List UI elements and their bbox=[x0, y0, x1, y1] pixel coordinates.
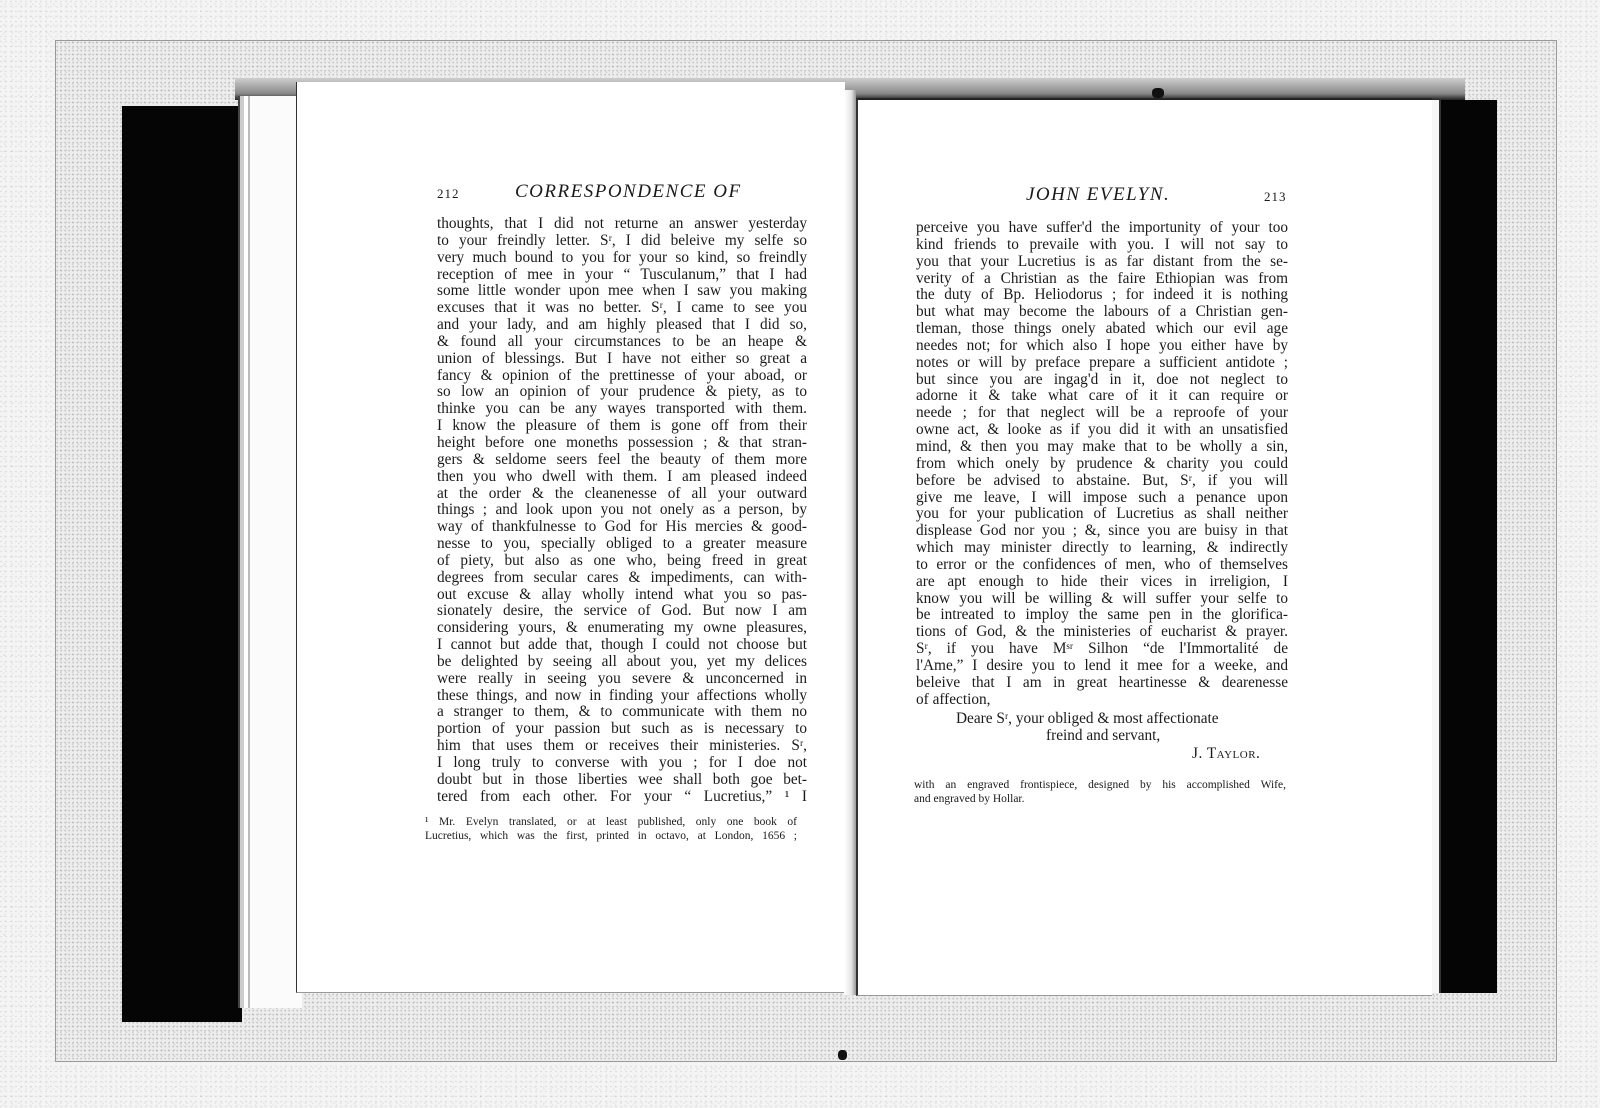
closing-line: freind and servant, bbox=[1046, 727, 1160, 745]
ink-smudge bbox=[1152, 88, 1164, 98]
text-line: doubt but in those liberties wee shall b… bbox=[437, 772, 807, 789]
closing-salutation: Deare Sʳ, your obliged & most affectiona… bbox=[956, 710, 1219, 728]
footnote: with an engraved frontispiece, designed … bbox=[914, 778, 1286, 806]
text-line: nesse to you, specially obliged to a gre… bbox=[437, 536, 807, 553]
text-line: tered from each other. For your “ Lucret… bbox=[437, 789, 807, 806]
text-line: perceive you have suffer'd the importuni… bbox=[916, 220, 1288, 237]
text-line: then you who dwell with them. I am pleas… bbox=[437, 469, 807, 486]
page-number: 213 bbox=[1264, 189, 1287, 205]
footnote-line: with an engraved frontispiece, designed … bbox=[914, 778, 1286, 792]
text-line: displease God nor you ; &, since you are… bbox=[916, 523, 1288, 540]
text-line: and your lady, and am highly pleased tha… bbox=[437, 317, 807, 334]
text-line: degrees from secular cares & impediments… bbox=[437, 570, 807, 587]
text-line: I know the pleasure of them is gone off … bbox=[437, 418, 807, 435]
text-line: way of thankfulnesse to God for His merc… bbox=[437, 519, 807, 536]
text-line: reception of mee in your “ Tusculanum,” … bbox=[437, 267, 807, 284]
text-line: him that uses them or receives their min… bbox=[437, 738, 807, 755]
text-line: excuses that it was no better. Sʳ, I cam… bbox=[437, 300, 807, 317]
text-line: needes not; for which also I hope you ei… bbox=[916, 338, 1288, 355]
text-line: l'Ame,” I desire you to lend it mee for … bbox=[916, 658, 1288, 675]
text-line: I cannot but adde that, though I could n… bbox=[437, 637, 807, 654]
text-line: tleman, those things onely abated which … bbox=[916, 321, 1288, 338]
running-head: CORRESPONDENCE OF bbox=[515, 181, 742, 203]
page-number: 212 bbox=[437, 186, 460, 202]
text-line: sionately desire, the service of God. Bu… bbox=[437, 603, 807, 620]
text-line: gers & seldome seers feel the beauty of … bbox=[437, 452, 807, 469]
body-text: perceive you have suffer'd the importuni… bbox=[916, 220, 1288, 708]
text-line: mind, & then you may make that to be who… bbox=[916, 439, 1288, 456]
text-line: portion of your passion but such as is n… bbox=[437, 721, 807, 738]
text-line: notes or will by preface prepare a suffi… bbox=[916, 355, 1288, 372]
text-line: fancy & opinion of the prettinesse of yo… bbox=[437, 368, 807, 385]
body-text: thoughts, that I did not returne an answ… bbox=[437, 216, 807, 806]
text-line: Sʳ, if you have Mˢʳ Silhon “de l'Immorta… bbox=[916, 641, 1288, 658]
text-line: things ; and look upon you not onely as … bbox=[437, 502, 807, 519]
book-binding-right bbox=[1437, 100, 1497, 993]
text-line: you that your Lucretius is as far distan… bbox=[916, 254, 1288, 271]
text-line: thoughts, that I did not returne an answ… bbox=[437, 216, 807, 233]
left-page: 212 CORRESPONDENCE OF thoughts, that I d… bbox=[296, 82, 845, 993]
text-line: be delighted by seeing all about you, ye… bbox=[437, 654, 807, 671]
right-page: JOHN EVELYN. 213 perceive you have suffe… bbox=[856, 98, 1432, 996]
running-head: JOHN EVELYN. bbox=[1026, 184, 1170, 206]
text-line: I long truly to converse with you ; for … bbox=[437, 755, 807, 772]
text-line: a stranger to them, & to communicate wit… bbox=[437, 704, 807, 721]
text-line: these things, and now in finding your af… bbox=[437, 688, 807, 705]
text-line: but what may become the labours of a Chr… bbox=[916, 304, 1288, 321]
text-line: so low an opinion of your prudence & pie… bbox=[437, 384, 807, 401]
book-binding-left bbox=[122, 106, 242, 1022]
text-line: the duty of Bp. Heliodorus ; for indeed … bbox=[916, 287, 1288, 304]
page-stack-left bbox=[238, 96, 302, 1008]
text-line: beleive that I am in great heartinesse &… bbox=[916, 675, 1288, 692]
text-line: be intreated to imploy the same pen in t… bbox=[916, 607, 1288, 624]
footnote-line: ¹ Mr. Evelyn translated, or at least pub… bbox=[425, 815, 797, 829]
text-line: to your freindly letter. Sʳ, I did belei… bbox=[437, 233, 807, 250]
text-line: adorne it & take what care of it it can … bbox=[916, 388, 1288, 405]
text-line: give me leave, I will impose such a pena… bbox=[916, 490, 1288, 507]
text-line: neede ; for that neglect will be a repro… bbox=[916, 405, 1288, 422]
footnote-line: Lucretius, which was the first, printed … bbox=[425, 829, 797, 843]
text-line: from which onely by prudence & charity y… bbox=[916, 456, 1288, 473]
text-line: which may minister directly to learning,… bbox=[916, 540, 1288, 557]
footnote-line: and engraved by Hollar. bbox=[914, 792, 1286, 806]
text-line: owne act, & looke as if you did it with … bbox=[916, 422, 1288, 439]
text-line: out excuse & allay wholly intend what yo… bbox=[437, 587, 807, 604]
text-line: but since you are ingag'd in it, doe not… bbox=[916, 372, 1288, 389]
text-line: kind friends to prevaile with you. I wil… bbox=[916, 237, 1288, 254]
text-line: considering yours, & enumerating my owne… bbox=[437, 620, 807, 637]
text-line: some little wonder upon mee when I saw y… bbox=[437, 283, 807, 300]
text-line: tions of God, & the ministeries of eucha… bbox=[916, 624, 1288, 641]
text-line: are apt enough to hide their vices in ir… bbox=[916, 574, 1288, 591]
footnote: ¹ Mr. Evelyn translated, or at least pub… bbox=[425, 815, 797, 843]
gutter bbox=[844, 90, 856, 995]
text-line: before be advised to abstaine. But, Sʳ, … bbox=[916, 473, 1288, 490]
text-line: you for your publication of Lucretius as… bbox=[916, 506, 1288, 523]
text-line: to error or the confidences of men, who … bbox=[916, 557, 1288, 574]
text-line: were really in seeing you severe & uncon… bbox=[437, 671, 807, 688]
text-line: very much bound to you for your so kind,… bbox=[437, 250, 807, 267]
text-line: know you will be willing & will suffer y… bbox=[916, 591, 1288, 608]
ink-smudge bbox=[838, 1050, 847, 1060]
text-line: of affection, bbox=[916, 692, 1288, 709]
text-line: union of blessings. But I have not eithe… bbox=[437, 351, 807, 368]
text-line: of piety, but also as one who, being fre… bbox=[437, 553, 807, 570]
text-line: at the order & the cleanenesse of all yo… bbox=[437, 486, 807, 503]
text-line: height before one moneths possession ; &… bbox=[437, 435, 807, 452]
signature: J. Taylor. bbox=[1192, 745, 1260, 763]
text-line: verity of a Christian as the faire Ethio… bbox=[916, 271, 1288, 288]
text-line: thinke you can be any wayes transported … bbox=[437, 401, 807, 418]
text-line: & found all your circumstances to be an … bbox=[437, 334, 807, 351]
